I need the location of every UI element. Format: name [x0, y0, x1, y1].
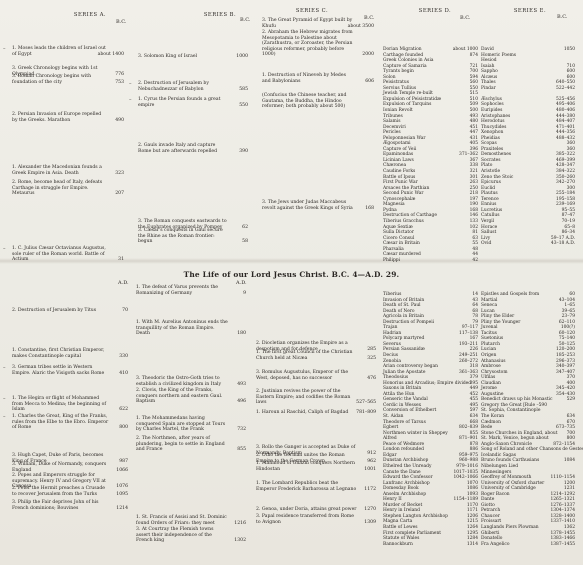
marker-dash: – [3, 46, 6, 52]
item-date: 1314 [467, 542, 478, 548]
item-name: Attila the Hun [383, 392, 415, 397]
item-name: Conversion of Ethelbert [383, 408, 436, 413]
item-date: 42 [472, 258, 478, 264]
item-name: Statute of Wales [383, 536, 419, 541]
event-date: 855 [237, 447, 246, 453]
item-name: Canute the Dane [383, 470, 421, 475]
ad-label-a: A.D. [118, 280, 129, 286]
item-name: Expulsion of Tarquins [383, 102, 431, 107]
item-name: Tacitus [481, 331, 497, 336]
item-name: Herodotus [481, 119, 504, 124]
timeline-event: 3. Philip the Fair deprives John of his … [12, 500, 128, 511]
item-name: Saxons in Britain [383, 386, 421, 391]
item-name: Plautus [481, 191, 498, 196]
item-name: Magna Carta [383, 519, 412, 524]
item-name: Roger Bacon [481, 492, 510, 497]
event-text: 1. The defeat of Varus prevents the Roma… [136, 285, 246, 296]
item-name: St. Sophia, Constantinople [481, 408, 540, 413]
item-name: Nibelungen Lied [481, 464, 518, 469]
item-name: Dorian Migration [383, 47, 422, 52]
timeline-event: 3. The Jews under Judas Maccabeus revolt… [262, 200, 374, 211]
item-name: Hadrian [383, 331, 401, 336]
item-name: Sallust [481, 230, 496, 235]
item-name: Scopas [481, 141, 497, 146]
item-name: Caudine Forks [383, 169, 415, 174]
event-text: 1. With M. Aurelius Antoninus ends the t… [136, 320, 246, 337]
item-name: Pydna [383, 208, 397, 213]
item-name: Jerome [481, 386, 497, 391]
item-name: University of Cambridge [481, 486, 536, 491]
item-name [481, 91, 482, 96]
item-name: Lanfranc Archbishop [383, 481, 430, 486]
event-date: about 1400 [98, 52, 124, 58]
item-name: Trajan [383, 325, 397, 330]
item-name: The Koran [481, 414, 504, 419]
item-name: Livy [481, 236, 490, 241]
bc-label-d: B.C. [460, 15, 471, 21]
event-text: 1. C. Julius Cæsar Octavianus Augustus, … [12, 246, 124, 263]
item-name: Death of St. Paul [383, 303, 421, 308]
event-text: 2. Abraham the Hebrew migrates from Meso… [262, 30, 374, 58]
event-date: 9 [243, 291, 246, 297]
item-name: Petrarch [481, 508, 500, 513]
item-name: Cæsar in Britain [383, 241, 420, 246]
item-name: Expulsion of Peisistratidæ [383, 97, 441, 102]
item-name: Battle of Lewes [383, 525, 418, 530]
item-name: Epaminondas [383, 152, 413, 157]
item-name: Solon [383, 75, 396, 80]
item-name: Aristophanes [481, 114, 510, 119]
event-date: 800 [119, 425, 128, 431]
item-name: Edward the Confessor [383, 475, 433, 480]
event-text: 1. The first great Council of the Christ… [256, 350, 376, 361]
item-name: Bruno founds Carthusians [481, 458, 539, 463]
event-text: 1. Destruction of Nineveh by Medes and B… [262, 73, 374, 84]
list-item: Fra Angelico1387–1455 [481, 542, 575, 548]
item-name: Augustine [481, 392, 504, 397]
item-name: Benedict draws up his Monastic [481, 397, 552, 402]
event-text: 1. Charles the Great, King of the Franks… [12, 414, 128, 431]
item-name: Ovid [481, 241, 491, 246]
item-name: Tiberius [383, 292, 401, 297]
event-text: 3. Solomon King of Israel [138, 54, 248, 60]
item-name: Decemviri [383, 125, 406, 130]
item-name: Isaiah [481, 64, 494, 69]
ad-series-e-list: Epistles and Gospels from60Martial43–104… [481, 292, 575, 547]
timeline-event: 3. Papal residence transferred from Rome… [256, 514, 376, 525]
item-name: Claudian [481, 381, 501, 386]
event-text: 1. Constantine, first Christian Emperor,… [12, 348, 128, 359]
item-name: Cædmon [481, 420, 501, 425]
item-name: Euclid [481, 186, 495, 191]
item-name: Hesiod [481, 58, 497, 63]
series-c-header: SERIES C. [262, 8, 362, 14]
item-name: Lucretius [481, 208, 502, 213]
item-name: Henry in Ireland [383, 508, 420, 513]
item-name: Magnesia [383, 202, 405, 207]
item-name: Stephen Langton Archbishop [383, 514, 448, 519]
timeline-event: 2. Clovis, the King of the Franks, conqu… [136, 388, 246, 405]
item-name: Lucian [481, 347, 496, 352]
event-date: 180 [237, 331, 246, 337]
item-name: Licinian Laws [383, 158, 414, 163]
item-name: Donatello [481, 536, 502, 541]
item-name: Alfred [383, 436, 397, 441]
bc-label-e: B.C. [557, 14, 568, 20]
item-name: Bannockburn [383, 542, 413, 547]
item-name: Jewish Temple re-built [383, 91, 433, 96]
item-name: Murder of Becket [383, 503, 422, 508]
item-name: Julian the Apostate [383, 370, 425, 375]
event-text: 3. Romulus Augustulus, Emperor of the We… [256, 370, 376, 381]
item-date: 43–18 A.D. [551, 241, 575, 247]
event-text: 2. Destruction of Jerusalem by Titus [12, 308, 128, 314]
timeline-event: 1. Mahmoud of Ghazni conquers Northern H… [256, 461, 376, 472]
item-name: Pheidias [481, 136, 500, 141]
item-name: Stone Churches in England, about [481, 431, 557, 436]
item-name: First Punic War [383, 180, 418, 185]
item-name: First complete Parliament [383, 531, 441, 536]
item-name: Peloponnesian War [383, 136, 425, 141]
event-date: 325 [367, 356, 376, 362]
series-d-header: SERIES D. [385, 8, 485, 14]
item-name: Severus [383, 342, 401, 347]
item-name: Langlands Piers Plowman [481, 525, 539, 530]
ad-series-d-list: Tiberius14Invasion of Britain43Death of … [383, 292, 478, 547]
timeline-event: 3. The Great Pyramid of Egypt built by K… [262, 18, 374, 29]
event-text: 1. Mahmoud of Ghazni conquers Northern H… [256, 461, 376, 472]
event-text: 1. St. Francis of Assisi and St. Dominic… [136, 515, 246, 526]
marker-dash: – [3, 365, 6, 371]
event-text: 1. The Hegira or flight of Mohammed from… [12, 396, 128, 413]
item-name: Ionian Revolt [383, 108, 413, 113]
item-name: Arsaces the Parthian [383, 186, 429, 191]
item-name: Epicurus [481, 180, 501, 185]
event-text: 3. Theodoric the Ostro-Goth tries to est… [136, 376, 246, 387]
event-text: 2. The Northmen, after years of plunderi… [136, 436, 246, 453]
item-name: Zenobia [383, 359, 401, 364]
bc-label-a: B.C. [116, 19, 127, 25]
event-date: 31 [118, 257, 124, 263]
item-name: Peisistratus [383, 80, 409, 85]
timeline-event: 1. Moses leads the children of Israel ou… [12, 46, 124, 57]
item-name: Chrysostom [481, 370, 508, 375]
series-a-header: SERIES A. [40, 12, 140, 18]
item-name: Giotto [481, 503, 495, 508]
event-date: 493 [237, 382, 246, 388]
item-name: Origen [481, 353, 496, 358]
timeline-event: 3. Cæsar's conquests in Gaul secure the … [138, 228, 248, 245]
item-name: Chæronea [383, 163, 406, 168]
marker-dash: – [129, 81, 132, 87]
event-date: 1216 [234, 521, 246, 527]
item-name: Northmen winter in Sheppey [383, 431, 448, 436]
timeline-event: 1. Destruction of Nineveh by Medes and B… [262, 73, 374, 84]
event-date: 606 [365, 79, 374, 85]
item-name: Terence [481, 197, 499, 202]
event-date: 476 [367, 376, 376, 382]
event-text: 3. German tribes settle in Western Empir… [12, 365, 128, 376]
event-text: 3. William, Duke of Normandy, conquers E… [12, 462, 128, 473]
event-date: 58 [242, 239, 248, 245]
item-name: Theodosius [383, 375, 408, 380]
event-text: 1. The Lombard Republics beat the Empero… [256, 481, 376, 492]
event-date: 753 [115, 80, 124, 86]
timeline-event: 1. Constantine, first Christian Emperor,… [12, 348, 128, 359]
item-name: Dunstan Archbishop [383, 458, 428, 463]
event-date: 1270 [364, 507, 376, 513]
event-date: 527–565 [356, 400, 376, 406]
item-name: Persian Sassanidæ [383, 347, 425, 352]
item-name: Salamis [383, 119, 400, 124]
item-date: 1387–1455 [550, 542, 575, 548]
item-name: Cynoscephalæ [383, 197, 415, 202]
event-date: 410 [119, 371, 128, 377]
event-text: 1. The Mohammedans having conquered Spai… [136, 416, 246, 433]
timeline-event: 1. Alexander the Macedonian founds a Gre… [12, 165, 124, 176]
item-name: St. Aidan [383, 414, 403, 419]
item-name: Chaucer [481, 514, 500, 519]
item-name: Tribunes [383, 114, 403, 119]
item-name: Lucan [481, 309, 495, 314]
item-name: Froissart [481, 519, 501, 524]
item-name: Sappho [481, 69, 498, 74]
item-name: Egbert [383, 425, 398, 430]
event-date: 732 [237, 427, 246, 433]
item-name: Invasion of Britain [383, 298, 424, 303]
item-name: Cerdic in Wessex [383, 403, 421, 408]
item-name: Socrates [481, 158, 500, 163]
timeline-event: 2. Gauls invade Italy and capture Rome b… [138, 143, 248, 154]
item-name: Philippi [383, 258, 400, 263]
timeline-event: 1. With M. Aurelius Antoninus ends the t… [136, 320, 246, 337]
timeline-event: 2. Destruction of Jerusalem by Nebuchadn… [138, 81, 248, 92]
event-text: 3. Roman Chronology begins with foundati… [12, 74, 124, 85]
event-date: 550 [239, 103, 248, 109]
timeline-event: 1. C. Julius Cæsar Octavianus Augustus, … [12, 246, 124, 263]
timeline-event: 3. At Courtray the Flemish towns assert … [136, 527, 246, 544]
item-name: Gregory the Great [Rule –590 [481, 403, 547, 408]
item-name: Thucydides [481, 125, 506, 130]
item-name: Arian controversy began [383, 364, 438, 369]
item-name: Catullus [481, 213, 499, 218]
event-date: 2000 [362, 52, 374, 58]
item-name: Death of Nero [383, 309, 415, 314]
item-name: Cicero Consul [383, 236, 414, 241]
event-date: 330 [119, 354, 128, 360]
item-name: Alcæus [481, 75, 497, 80]
item-name: Minnesingers [481, 470, 511, 475]
item-name: Epistles and Gospels from [481, 292, 539, 297]
bc-label-b: B.C. [240, 17, 251, 23]
item-name: Aquæ Sextiæ [383, 225, 413, 230]
timeline-event: 1. The defeat of Varus prevents the Roma… [136, 285, 246, 296]
event-date: 207 [115, 191, 124, 197]
event-text: 2. Destruction of Jerusalem by Nebuchadn… [138, 81, 248, 92]
timeline-event: 2. Destruction of Jerusalem by Titus70 [12, 308, 128, 314]
timeline-event: 2. Abraham the Hebrew migrates from Meso… [262, 30, 374, 58]
item-name: Thales [481, 80, 496, 85]
timeline-event: 1. The Lombard Republics beat the Empero… [256, 481, 376, 492]
event-date: 585 [239, 87, 248, 93]
item-name: Sulla Dictator [383, 230, 414, 235]
item-name: Edgar [383, 453, 397, 458]
event-text: 2. Persian Invasion of Europe repelled b… [12, 112, 124, 123]
item-name: Ægospotami [383, 141, 411, 146]
document-page: SERIES A. B.C. SERIES B. B.C. SERIES C. … [0, 0, 583, 565]
section-title: The Life of our Lord Jesus Christ. B.C. … [0, 270, 583, 279]
event-date: 1309 [364, 520, 376, 526]
timeline-event: 3. Solomon King of Israel1000 [138, 54, 248, 60]
item-name: Anselm Archbishop [383, 492, 426, 497]
item-name: Horace [481, 225, 497, 230]
event-text: 3. Philip the Fair deprives John of his … [12, 500, 128, 511]
event-text: 2. Gauls invade Italy and capture Rome b… [138, 143, 248, 154]
item-name: Pharsalia [383, 247, 404, 252]
item-name: Destruction of Carthage [383, 213, 437, 218]
timeline-event: 1. Cyrus the Persian founds a great empi… [138, 97, 248, 108]
timeline-event: 1. The Hegira or flight of Mohammed from… [12, 396, 128, 413]
item-name: Plato [481, 163, 492, 168]
timeline-event: 2. Justinian revives the power of the Ea… [256, 389, 376, 406]
timeline-event: 1. The first great Council of the Christ… [256, 350, 376, 361]
item-name: Demosthenes [481, 152, 511, 157]
timeline-event: 1. Haroun al Raschid, Caliph of Bagdad78… [256, 410, 376, 416]
list-item: Bannockburn1314 [383, 542, 478, 548]
series-b-header: SERIES B. [170, 12, 270, 18]
timeline-event: 2. Peter the Hermit preaches a Crusade t… [12, 486, 128, 497]
marker-dash: – [129, 97, 132, 103]
timeline-event: 1. The Mohammedans having conquered Spai… [136, 416, 246, 433]
event-text: 1. Cyrus the Persian founds a great empi… [138, 97, 248, 108]
event-date: 1095 [116, 492, 128, 498]
item-name: Athanasius [481, 359, 506, 364]
item-name: Plutarch [481, 342, 500, 347]
event-date: 622 [119, 407, 128, 413]
event-text: 3. The Jews under Judas Maccabeus revolt… [262, 200, 374, 211]
event-text: 3. At Courtray the Flemish towns assert … [136, 527, 246, 544]
timeline-event: 3. Theodoric the Ostro-Goth tries to est… [136, 376, 246, 387]
timeline-event: 2. Persian Invasion of Europe repelled b… [12, 112, 124, 123]
item-name: Decius [383, 353, 398, 358]
event-text: 1. Alexander the Macedonian founds a Gre… [12, 165, 124, 176]
event-date: 1001 [364, 467, 376, 473]
event-date: 490 [115, 118, 124, 124]
item-name: Battle of Ipsus [383, 175, 415, 180]
item-name: Destruction of Pompeii [383, 320, 434, 325]
event-date: 1000 [236, 54, 248, 60]
event-text: 2. Genoa, under Doria, attains great pow… [256, 507, 376, 513]
item-name: St. Mark, Venice, begun about [481, 436, 549, 441]
timeline-event: 1. Charles the Great, King of the Franks… [12, 414, 128, 431]
event-date: 496 [237, 399, 246, 405]
item-name: Pericles [383, 130, 401, 135]
timeline-event: 3. Romulus Augustulus, Emperor of the We… [256, 370, 376, 381]
item-name: Seneca [481, 303, 497, 308]
item-name: Zeno the Stoic [481, 175, 513, 180]
item-name: Carthage founded [383, 53, 423, 58]
list-item: Ovid43–18 A.D. [481, 241, 575, 247]
item-name: Anglo-Saxon Chronicle [481, 442, 532, 447]
event-date: 1214 [116, 506, 128, 512]
item-name: Æschylus [481, 97, 502, 102]
item-name: Theodore of Tarsus [383, 420, 426, 425]
timeline-event: 3. Roman Chronology begins with foundati… [12, 74, 124, 85]
item-name: Servius Tullius [383, 86, 416, 91]
item-name: Sophocles [481, 102, 504, 107]
timeline-event: 2. The Northmen, after years of plunderi… [136, 436, 246, 453]
item-name: David [481, 47, 494, 52]
item-name: Aristotle [481, 169, 500, 174]
item-name: Capture of Samaria [383, 64, 427, 69]
item-name: Song of Roland and other Chansons de Ges… [481, 447, 583, 452]
event-text: 2. Peter the Hermit preaches a Crusade t… [12, 486, 128, 497]
bc-series-d-list: Dorian Migrationabout 1000Carthage found… [383, 47, 478, 263]
item-name: Tiberius Gracchus [383, 219, 424, 224]
list-item: Philippi42 [383, 258, 478, 264]
item-name: Agricola in Britain [383, 314, 424, 319]
marker-dash: – [3, 414, 6, 420]
item-name: Polycarp martyred [383, 336, 424, 341]
event-date: 1302 [234, 538, 246, 544]
item-name: Ambrose [481, 364, 501, 369]
item-name: Xenophon [481, 130, 503, 135]
item-name: Vergil [481, 219, 494, 224]
event-text: 2. Clovis, the King of the Franks, conqu… [136, 388, 246, 405]
item-name: Tyrants begin [383, 69, 414, 74]
item-name: Cæsar murdered [383, 252, 421, 257]
item-name: Suetonius [481, 336, 503, 341]
item-name: Ghiberti [481, 531, 499, 536]
item-name: Praxiteles [481, 147, 503, 152]
item-name: Second Punic War [383, 191, 423, 196]
item-name: University of Oxford charter [481, 481, 544, 486]
item-name: Domesday Book [383, 486, 419, 491]
item-name: Honorius and Arcadius; Empire divided [383, 381, 471, 386]
item-name: Fra Angelico [481, 542, 509, 547]
item-name: Euripides [481, 108, 502, 113]
item-name: Henry II [383, 497, 402, 502]
timeline-event: (Confucius the Chinese teacher, and Gaut… [262, 93, 374, 110]
item-name: Capture of Veii [383, 147, 416, 152]
event-text: 3. Papal residence transferred from Rome… [256, 514, 376, 525]
item-name: Pliny the Younger [481, 320, 520, 325]
event-date: 168 [365, 206, 374, 212]
item-name: Ennius [481, 202, 496, 207]
item-name: Peace of Wedmore [383, 442, 424, 447]
item-name: Ulfilas [481, 375, 495, 380]
event-date: about 3500 [348, 24, 374, 30]
timeline-event: 3. German tribes settle in Western Empir… [12, 365, 128, 376]
marker-dash: – [3, 396, 6, 402]
item-name: Ethelred the Unready [383, 464, 431, 469]
event-text: 3. Cæsar's conquests in Gaul secure the … [138, 228, 248, 245]
item-name: Homeric Poems [481, 53, 516, 58]
timeline-event: 1. St. Francis of Assisi and St. Dominic… [136, 515, 246, 526]
event-date: 70 [122, 308, 128, 314]
item-name: Pliny the Elder [481, 314, 514, 319]
event-text: (Confucius the Chinese teacher, and Gaut… [262, 93, 374, 110]
item-name: Icelandic Sagas [481, 453, 516, 458]
event-date: 781–809 [356, 410, 376, 416]
item-name: Geoffrey of Monmouth [481, 475, 531, 480]
event-date: 390 [239, 149, 248, 155]
timeline-event: 2. Rome, become head of Italy, defeats C… [12, 180, 124, 197]
event-text: 2. Rome, become head of Italy, defeats C… [12, 180, 124, 197]
bc-series-e-list: David1050Homeric PoemsHesiodIsaiah710Sap… [481, 47, 575, 247]
item-name: London refounded [383, 447, 424, 452]
event-date: 323 [115, 171, 124, 177]
